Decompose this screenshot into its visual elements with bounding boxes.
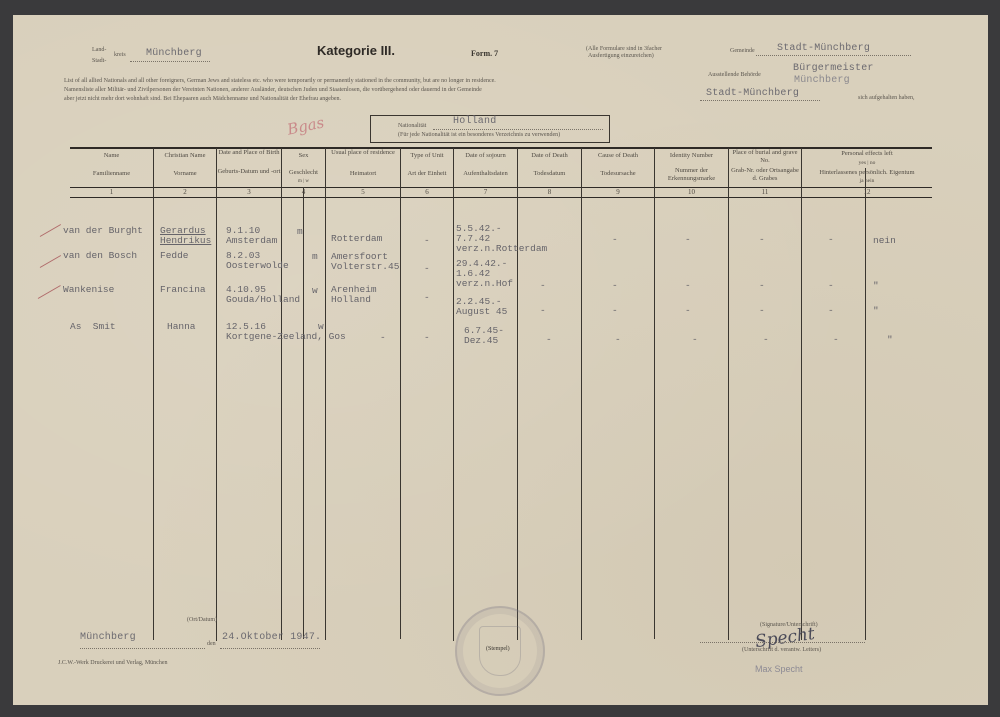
intro-line-2-suffix: sich aufgehalten haben, xyxy=(858,95,914,101)
col-header-de: Vorname xyxy=(154,170,216,178)
nationality-note: (Für jede Nationalität ist ein besondere… xyxy=(398,132,560,138)
col-header-en: Date of sojourn xyxy=(454,152,517,160)
col-number: 5 xyxy=(326,188,400,196)
cell-familienname: Wankenise xyxy=(63,285,114,295)
cell-einheit: - xyxy=(424,264,430,274)
col-header-de: Nummer der Erkennungsmarke xyxy=(655,167,728,183)
col-header-de: Todesursache xyxy=(582,170,654,178)
form-number: Form. 7 xyxy=(471,49,498,58)
col-divider xyxy=(303,187,304,639)
col-divider xyxy=(728,148,729,640)
col-divider xyxy=(281,148,282,640)
cell-erkennungsmarke: - xyxy=(685,281,691,291)
nationality-label: Nationalität xyxy=(398,123,426,129)
cell-geburt: 8.2.03 Oosterwolde xyxy=(226,251,289,271)
official-stamp: (Stempel) xyxy=(455,606,545,696)
col-header-de: Hinterlassenes persönlich. Eigentum xyxy=(802,169,932,177)
kreis-label-top: Land- xyxy=(92,47,106,53)
date-dotted-line xyxy=(220,648,320,649)
cell-vorname: Hanna xyxy=(167,322,196,332)
cell-familienname: As Smit xyxy=(70,322,116,332)
col-number: 8 xyxy=(518,188,581,196)
cell-grab-extra: - xyxy=(828,281,834,291)
col-header-de: Heimatort xyxy=(326,170,400,178)
col-number: 11 xyxy=(729,188,801,196)
col-number: 12 xyxy=(802,188,932,196)
cell-grab-extra: - xyxy=(828,306,834,316)
cell-grab-extra: - xyxy=(828,235,834,245)
cell-todesursache: - xyxy=(615,335,621,345)
col-header-en: Type of Unit xyxy=(401,152,453,160)
col-divider xyxy=(453,148,454,641)
col-number: 1 xyxy=(70,188,153,196)
gemeinde-value: Stadt-Münchberg xyxy=(777,43,870,54)
signature-dotted-line xyxy=(700,642,865,643)
cell-sex: w xyxy=(318,322,324,332)
cell-einheit: - xyxy=(424,236,430,246)
kreis-label-bottom: Stadt- xyxy=(92,58,106,64)
col-number: 10 xyxy=(655,188,728,196)
col-header-en: Date and Place of Birth xyxy=(217,149,281,157)
gemeinde-dotted-line xyxy=(756,55,911,56)
cell-grab-extra: - xyxy=(833,335,839,345)
col-divider xyxy=(865,168,866,640)
cell-erkennungsmarke: - xyxy=(685,235,691,245)
cell-heimatort: Amersfoort Volterstr.45 xyxy=(331,252,399,272)
date-value: 24.Oktober 1947. xyxy=(222,632,321,643)
cell-familienname: van den Bosch xyxy=(63,251,137,261)
col-header-de: Aufenthaltsdaten xyxy=(454,170,517,178)
cell-sex: m xyxy=(297,227,303,237)
col-header-de: Todesdatum xyxy=(518,170,581,178)
copies-note-1: (Alle Formulare sind in 3facher xyxy=(586,46,662,52)
cell-eigentum: nein xyxy=(873,236,896,246)
col-header-en-sub: yes | no xyxy=(802,159,932,167)
cell-aufenthalt: 5.5.42.- 7.7.42 verz.n.Rotterdam xyxy=(456,224,547,254)
col-number: 7 xyxy=(454,188,517,196)
col-header-en: Date of Death xyxy=(518,152,581,160)
place-date-label: (Ort/Datum) xyxy=(187,617,217,623)
col-header-en: Sex xyxy=(282,152,325,160)
cell-aufenthalt: 29.4.42.- 1.6.42 verz.n.Hof xyxy=(456,259,513,289)
cell-sex: w xyxy=(312,286,318,296)
col-header-de: Geschlecht xyxy=(282,169,325,177)
intro-dotted-line xyxy=(700,100,820,101)
cell-sex: m xyxy=(312,252,318,262)
cell-geburt: 9.1.10 Amsterdam xyxy=(226,226,277,246)
col-header-en: Usual place of residence xyxy=(326,149,400,157)
kreis-value: Münchberg xyxy=(146,48,202,59)
signatory-name-stamp: Max Specht xyxy=(755,664,803,674)
col-divider xyxy=(654,148,655,639)
col-number: 2 xyxy=(154,188,216,196)
cell-geburt: 12.5.16 Kortgene-Zeeland, Gos xyxy=(226,322,346,342)
cell-heimatort: - xyxy=(380,333,386,343)
cell-todesursache: - xyxy=(612,306,618,316)
stamp-label: (Stempel) xyxy=(486,646,510,652)
table-header-bottom xyxy=(70,197,932,198)
cell-aufenthalt: 2.2.45.- August 45 xyxy=(456,297,507,317)
col-header-en: Place of burial and grave No. xyxy=(729,149,801,165)
intro-line-3: aber jetzt nicht mehr dort wohnhaft sind… xyxy=(64,96,341,102)
col-divider xyxy=(325,148,326,640)
page-title: Kategorie III. xyxy=(317,43,395,58)
cell-aufenthalt: 6.7.45- Dez.45 xyxy=(464,326,504,346)
copies-note-2: Ausfertigung einzureichen) xyxy=(588,53,654,59)
cell-heimatort: Arenheim Holland xyxy=(331,285,377,305)
kreis-suffix: kreis xyxy=(114,52,126,58)
col-number: 9 xyxy=(582,188,654,196)
col-header-sex-sub: m | w xyxy=(282,178,325,186)
col-divider xyxy=(400,148,401,639)
cell-heimatort: Rotterdam xyxy=(331,234,382,244)
cell-todesdatum: - xyxy=(546,335,552,345)
col-header-de: Familienname xyxy=(70,170,153,178)
col-header-en: Name xyxy=(70,152,153,160)
col-header-de: Geburts-Datum und -ort xyxy=(217,168,281,176)
col-header-en: Identity Number xyxy=(655,152,728,160)
cell-eigentum: " xyxy=(887,335,893,345)
cell-erkennungsmarke: - xyxy=(692,335,698,345)
col-divider xyxy=(801,148,802,640)
gemeinde-label: Gemeinde xyxy=(730,48,755,54)
col-number: 6 xyxy=(401,188,453,196)
col-divider xyxy=(581,148,582,640)
col-header-de: Art der Einheit xyxy=(401,170,453,178)
cell-vorname: Gerardus Hendrikus xyxy=(160,226,211,246)
cell-geburt: 4.10.95 Gouda/Holland xyxy=(226,285,300,305)
cell-todesdatum: - xyxy=(540,306,546,316)
cell-grab: - xyxy=(759,306,765,316)
cell-todesdatum: - xyxy=(540,281,546,291)
table-top-border xyxy=(70,147,932,149)
kreis-dotted-line xyxy=(130,61,210,62)
cell-grab: - xyxy=(763,335,769,345)
cell-vorname: Fedde xyxy=(160,251,189,261)
cell-todesursache: - xyxy=(612,235,618,245)
cell-familienname: van der Burght xyxy=(63,226,143,236)
intro-line-1: List of all allied Nationals and all oth… xyxy=(64,78,496,84)
col-number: 3 xyxy=(217,188,281,196)
signature-sublabel: (Unterschrift d. verantw. Leiters) xyxy=(742,647,821,653)
col-divider xyxy=(216,148,217,641)
behoerde-value-2: Münchberg xyxy=(794,75,850,86)
place-value: Münchberg xyxy=(80,632,136,643)
col-header-de: Grab-Nr. oder Ortsangabe d. Grabes xyxy=(729,167,801,183)
cell-erkennungsmarke: - xyxy=(685,306,691,316)
behoerde-value-1: Bürgermeister xyxy=(793,63,874,74)
nationality-value: Holland xyxy=(453,116,496,127)
intro-line-2: Namensliste aller Militär- und Zivilpers… xyxy=(64,87,482,93)
cell-eigentum: " xyxy=(873,281,879,291)
cell-todesursache: - xyxy=(612,281,618,291)
cell-grab: - xyxy=(759,281,765,291)
col-divider xyxy=(153,148,154,640)
cell-vorname: Francina xyxy=(160,285,206,295)
intro-community-value: Stadt-Münchberg xyxy=(706,88,799,99)
cell-grab: - xyxy=(759,235,765,245)
cell-einheit: - xyxy=(424,293,430,303)
col-header-de-sub: ja nein xyxy=(802,177,932,185)
cell-einheit: - xyxy=(424,333,430,343)
cell-eigentum: " xyxy=(873,306,879,316)
printer-imprint: J.C.W.-Werk Druckerei und Verlag, Münche… xyxy=(58,660,168,666)
place-dotted-line xyxy=(80,648,205,649)
nationality-dotted-line xyxy=(433,129,603,130)
col-header-en: Cause of Death xyxy=(582,152,654,160)
behoerde-label: Ausstellende Behörde xyxy=(708,72,761,78)
den-label: den xyxy=(207,641,216,647)
col-header-en: Christian Name xyxy=(154,152,216,160)
nationality-box: Nationalität Holland (Für jede Nationali… xyxy=(370,115,610,143)
col-divider xyxy=(517,148,518,640)
col-number: 4 xyxy=(282,188,325,196)
col-header-en: Personal effects left xyxy=(802,150,932,158)
